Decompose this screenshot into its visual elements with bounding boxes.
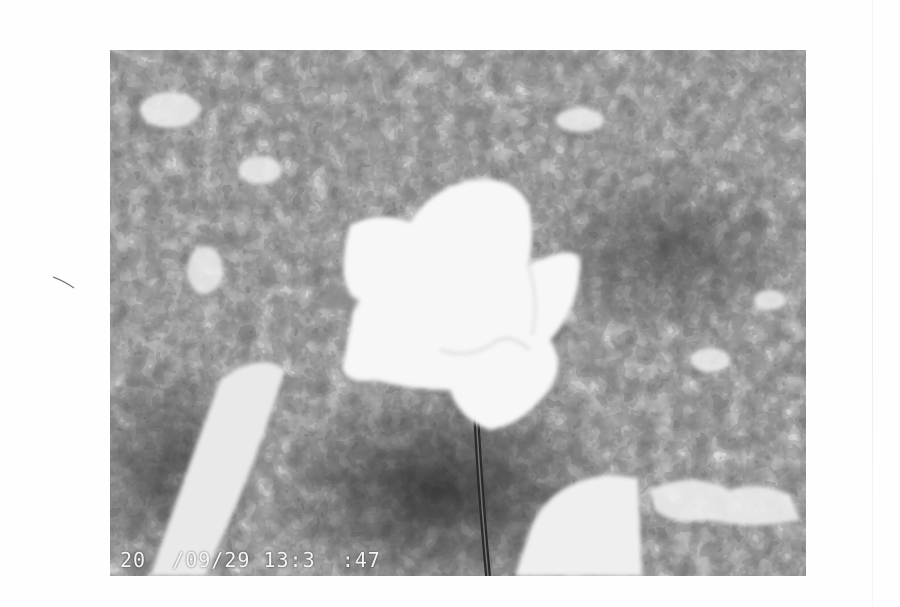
pen-stroke-mark <box>52 276 76 290</box>
rose-photograph: 20 /09/29 13:3 :47 <box>110 50 806 576</box>
scanned-page: 20 /09/29 13:3 :47 <box>0 0 900 607</box>
photo-scene <box>110 50 806 576</box>
timestamp-overlay: 20 /09/29 13:3 :47 <box>120 548 381 572</box>
scan-edge-line <box>872 0 873 607</box>
